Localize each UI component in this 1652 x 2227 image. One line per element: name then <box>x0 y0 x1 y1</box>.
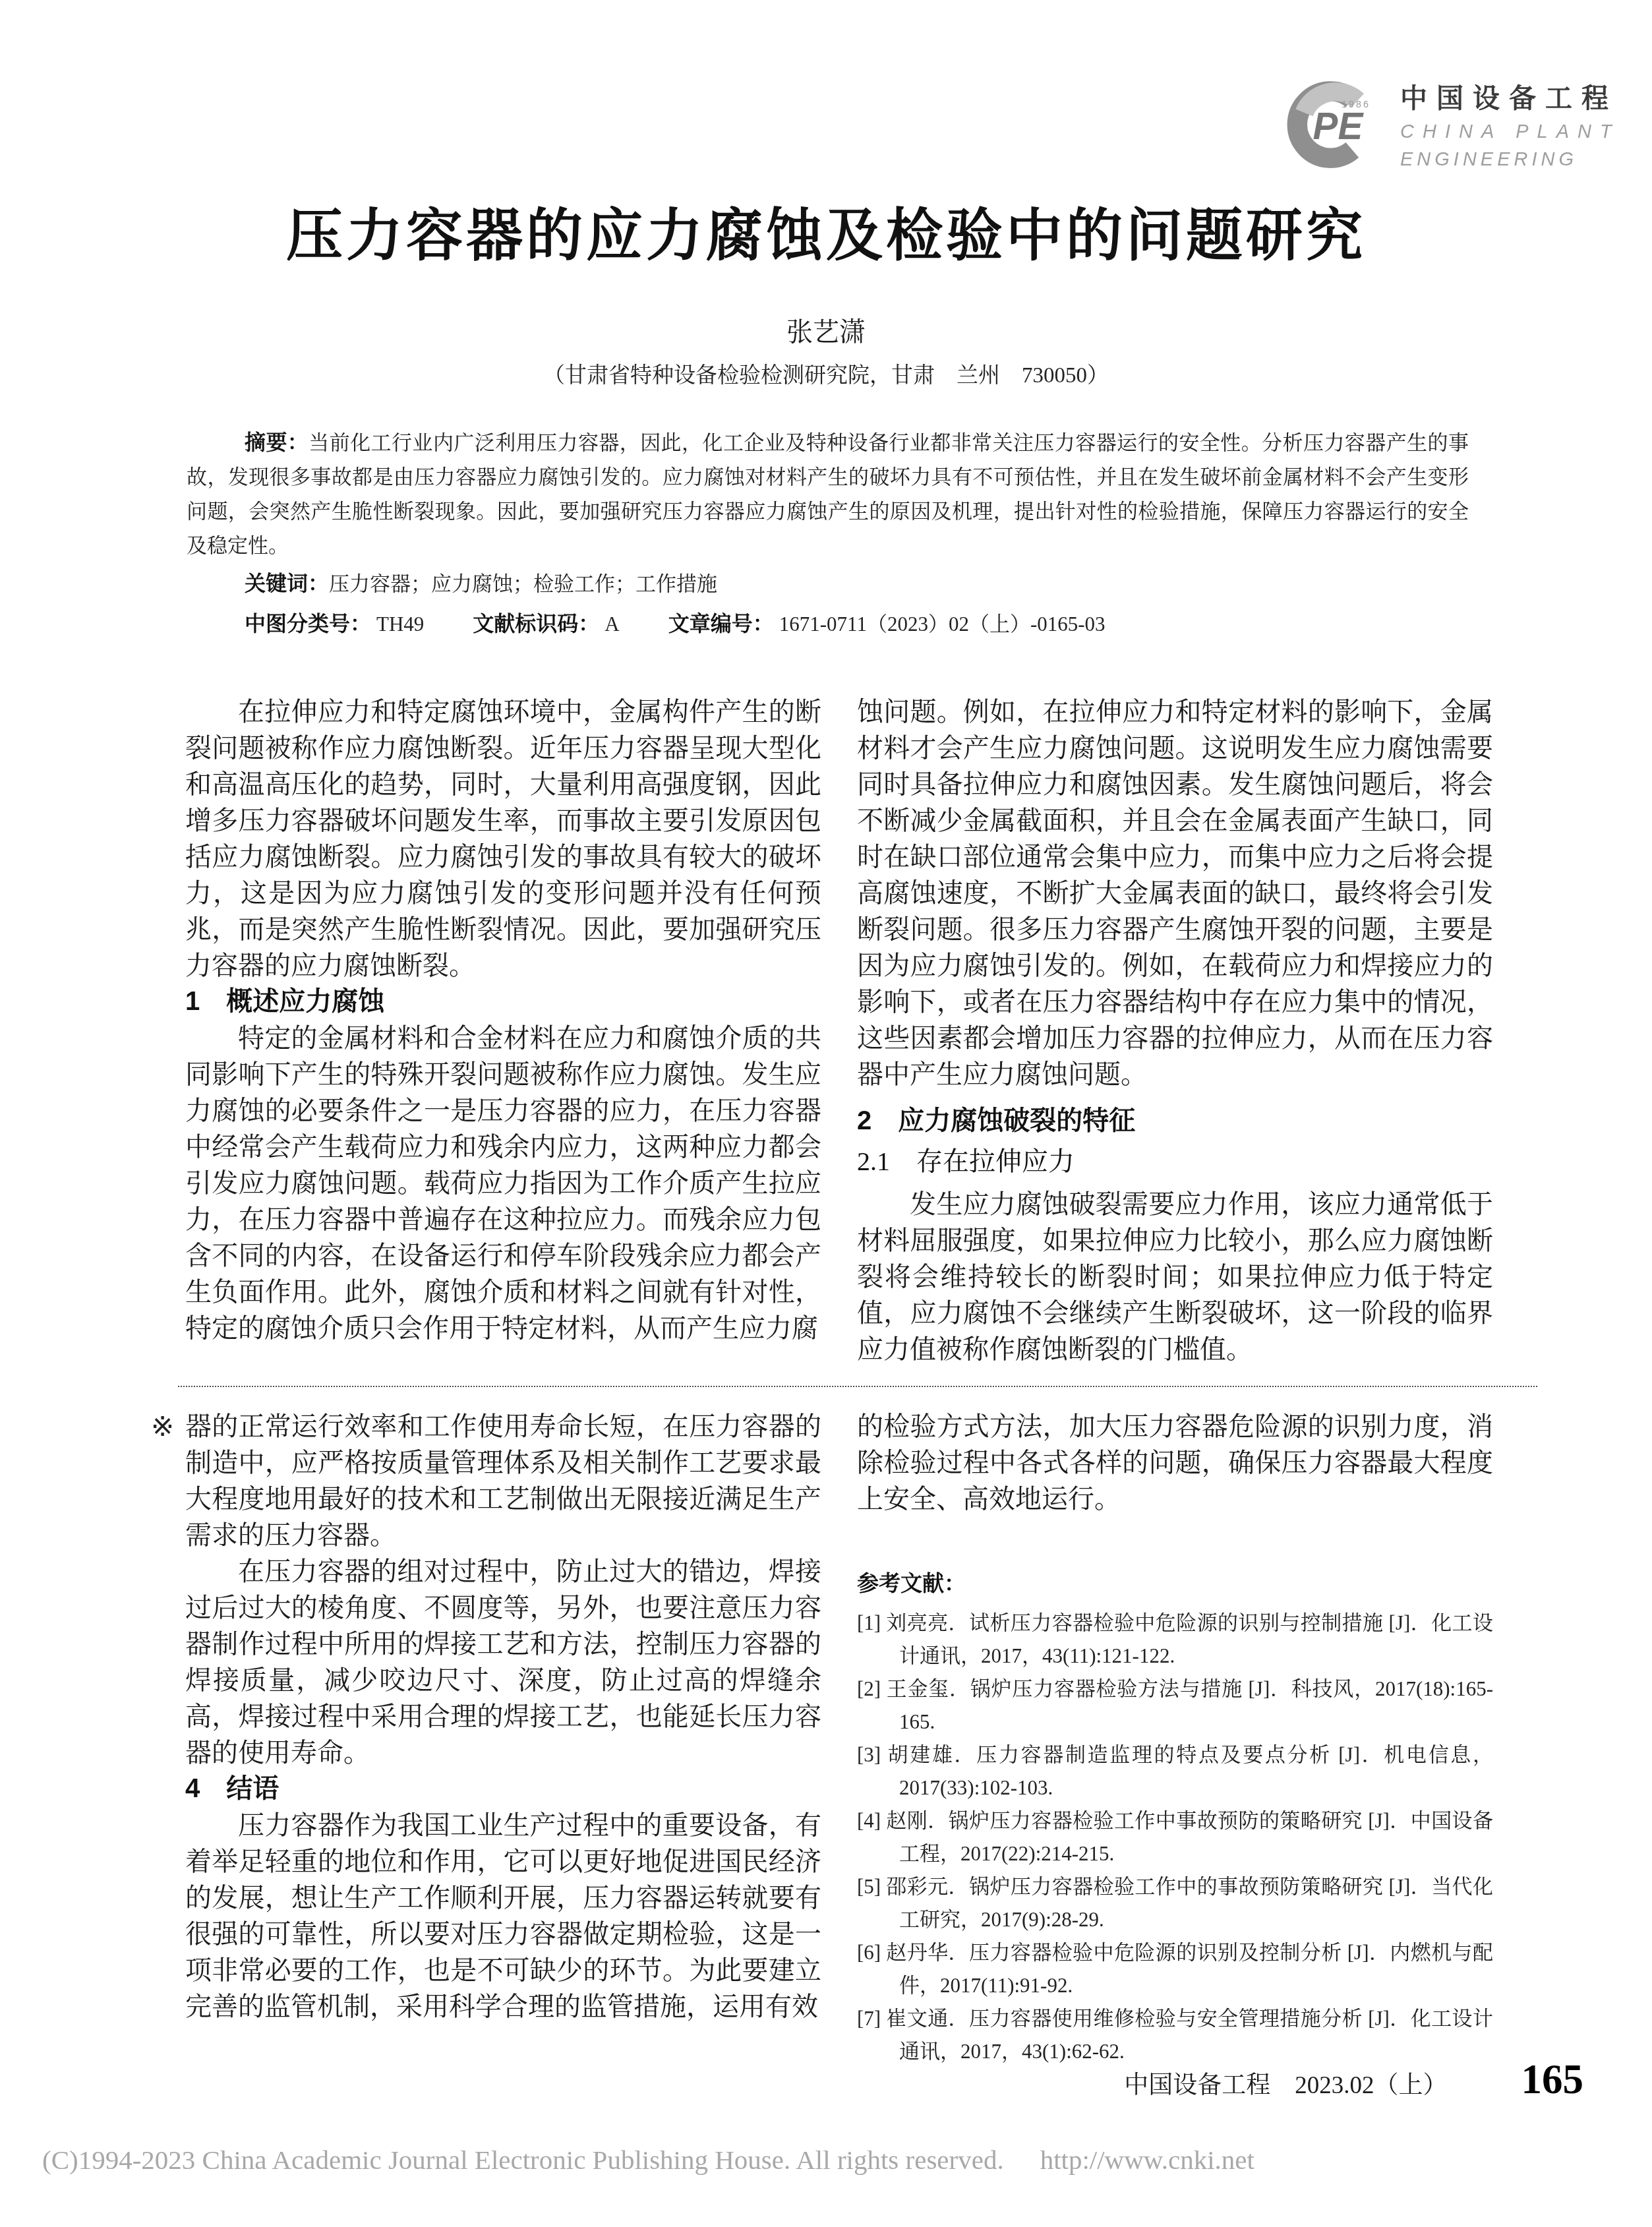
journal-name-en-line2: ENGINEERING <box>1400 149 1620 171</box>
masthead: 1986 PE 中国设备工程 CHINA PLANT ENGINEERING <box>1283 73 1620 173</box>
section-heading-2-1: 2.1 存在拉伸应力 <box>857 1143 1493 1179</box>
author-name: 张艺潇 <box>0 311 1652 349</box>
section-heading-2: 2 应力腐蚀破裂的特征 <box>857 1103 1493 1139</box>
lower-right-column: 的检验方式方法，加大压力容器危险源的识别力度，消除检验过程中各式各样的问题，确保… <box>857 1408 1493 2068</box>
paragraph: 器的正常运行效率和工作使用寿命长短，在压力容器的制造中，应严格按质量管理体系及相… <box>185 1408 821 1553</box>
reference-item: [1] 刘亮亮．试析压力容器检验中危险源的识别与控制措施 [J]．化工设计通讯，… <box>857 1607 1493 1673</box>
lower-left-column: ※ 器的正常运行效率和工作使用寿命长短，在压力容器的制造中，应严格按质量管理体系… <box>185 1408 821 2025</box>
references-list: [1] 刘亮亮．试析压力容器检验中危险源的识别与控制措施 [J]．化工设计通讯，… <box>857 1607 1493 2068</box>
paragraph: 蚀问题。例如，在拉伸应力和特定材料的影响下，金属材料才会产生应力腐蚀问题。这说明… <box>857 694 1493 1092</box>
cnki-url[interactable]: http://www.cnki.net <box>1040 2144 1254 2176</box>
abstract-text: 当前化工行业内广泛利用压力容器，因此，化工企业及特种设备行业都非常关注压力容器运… <box>187 431 1469 557</box>
journal-name-block: 中国设备工程 CHINA PLANT ENGINEERING <box>1400 73 1620 171</box>
doc-code-label: 文献标识码： <box>473 612 599 636</box>
paragraph: 的检验方式方法，加大压力容器危险源的识别力度，消除检验过程中各式各样的问题，确保… <box>857 1408 1493 1517</box>
clc-label: 中图分类号： <box>245 612 371 636</box>
article-id-value: 1671-0711（2023）02（上）-0165-03 <box>779 612 1106 636</box>
paragraph: 压力容器作为我国工业生产过程中的重要设备，有着举足轻重的地位和作用，它可以更好地… <box>185 1807 821 2025</box>
dotted-divider <box>178 1386 1537 1387</box>
reference-item: [4] 赵刚．锅炉压力容器检验工作中事故预防的策略研究 [J]．中国设备工程，2… <box>857 1804 1493 1870</box>
footer-page-number: 165 <box>1521 2056 1584 2104</box>
reference-item: [3] 胡建雄．压力容器制造监理的特点及要点分析 [J]．机电信息，2017(3… <box>857 1738 1493 1804</box>
keywords-label: 关键词： <box>245 572 329 595</box>
keywords-row: 关键词：压力容器；应力腐蚀；检验工作；工作措施 <box>187 568 1469 599</box>
paragraph: 特定的金属材料和合金材料在应力和腐蚀介质的共同影响下产生的特殊开裂问题被称作应力… <box>185 1020 821 1346</box>
footer-journal-issue: 中国设备工程 2023.02（上） <box>1124 2065 1447 2100</box>
article-id-label: 文章编号： <box>668 612 774 636</box>
author-affiliation: （甘肃省特种设备检验检测研究院，甘肃 兰州 730050） <box>0 358 1652 389</box>
section-heading-1: 1 概述应力腐蚀 <box>185 984 821 1020</box>
doc-code-value: A <box>605 612 619 636</box>
journal-name-en-line1: CHINA PLANT <box>1400 121 1620 143</box>
reference-item: [5] 邵彩元．锅炉压力容器检验工作中的事故预防策略研究 [J]．当代化工研究，… <box>857 1870 1493 1936</box>
logo-initials: PE <box>1313 106 1365 148</box>
reference-item: [6] 赵丹华．压力容器检验中危险源的识别及控制分析 [J]．内燃机与配件，20… <box>857 1936 1493 2002</box>
keywords-text: 压力容器；应力腐蚀；检验工作；工作措施 <box>329 572 717 595</box>
classification-row: 中图分类号：TH49 文献标识码：A 文章编号：1671-0711（2023）0… <box>187 609 1469 639</box>
reference-item: [2] 王金玺．锅炉压力容器检验方法与措施 [J]．科技风，2017(18):1… <box>857 1673 1493 1738</box>
copyright-bar: (C)1994-2023 China Academic Journal Elec… <box>42 2144 1254 2176</box>
article-meta: 摘要：当前化工行业内广泛利用压力容器，因此，化工企业及特种设备行业都非常关注压力… <box>187 425 1469 639</box>
page-footer: 中国设备工程 2023.02（上） 165 <box>1124 2056 1583 2104</box>
doc-code-pair: 文献标识码：A <box>473 609 619 639</box>
clc-value: TH49 <box>376 612 424 636</box>
article-title: 压力容器的应力腐蚀及检验中的问题研究 <box>0 190 1652 272</box>
paragraph: 在拉伸应力和特定腐蚀环境中，金属构件产生的断裂问题被称作应力腐蚀断裂。近年压力容… <box>185 694 821 984</box>
upper-left-column: 在拉伸应力和特定腐蚀环境中，金属构件产生的断裂问题被称作应力腐蚀断裂。近年压力容… <box>185 694 821 1346</box>
journal-page: 1986 PE 中国设备工程 CHINA PLANT ENGINEERING 压… <box>0 0 1652 2227</box>
cpe-logo-icon: 1986 PE <box>1283 73 1383 173</box>
continuation-reference-mark: ※ <box>151 1410 174 1446</box>
section-heading-4: 4 结语 <box>185 1771 821 1807</box>
paragraph: 在压力容器的组对过程中，防止过大的错边，焊接过后过大的棱角度、不圆度等，另外，也… <box>185 1553 821 1771</box>
clc-pair: 中图分类号：TH49 <box>245 609 424 639</box>
paragraph: 发生应力腐蚀破裂需要应力作用，该应力通常低于材料屈服强度，如果拉伸应力比较小，那… <box>857 1186 1493 1367</box>
journal-name-cn: 中国设备工程 <box>1400 76 1620 115</box>
copyright-text: (C)1994-2023 China Academic Journal Elec… <box>42 2144 1004 2176</box>
abstract: 摘要：当前化工行业内广泛利用压力容器，因此，化工企业及特种设备行业都非常关注压力… <box>187 425 1469 563</box>
references-label: 参考文献： <box>857 1569 1493 1598</box>
article-id-pair: 文章编号：1671-0711（2023）02（上）-0165-03 <box>668 609 1106 639</box>
abstract-label: 摘要： <box>245 431 309 454</box>
upper-right-column: 蚀问题。例如，在拉伸应力和特定材料的影响下，金属材料才会产生应力腐蚀问题。这说明… <box>857 694 1493 1367</box>
